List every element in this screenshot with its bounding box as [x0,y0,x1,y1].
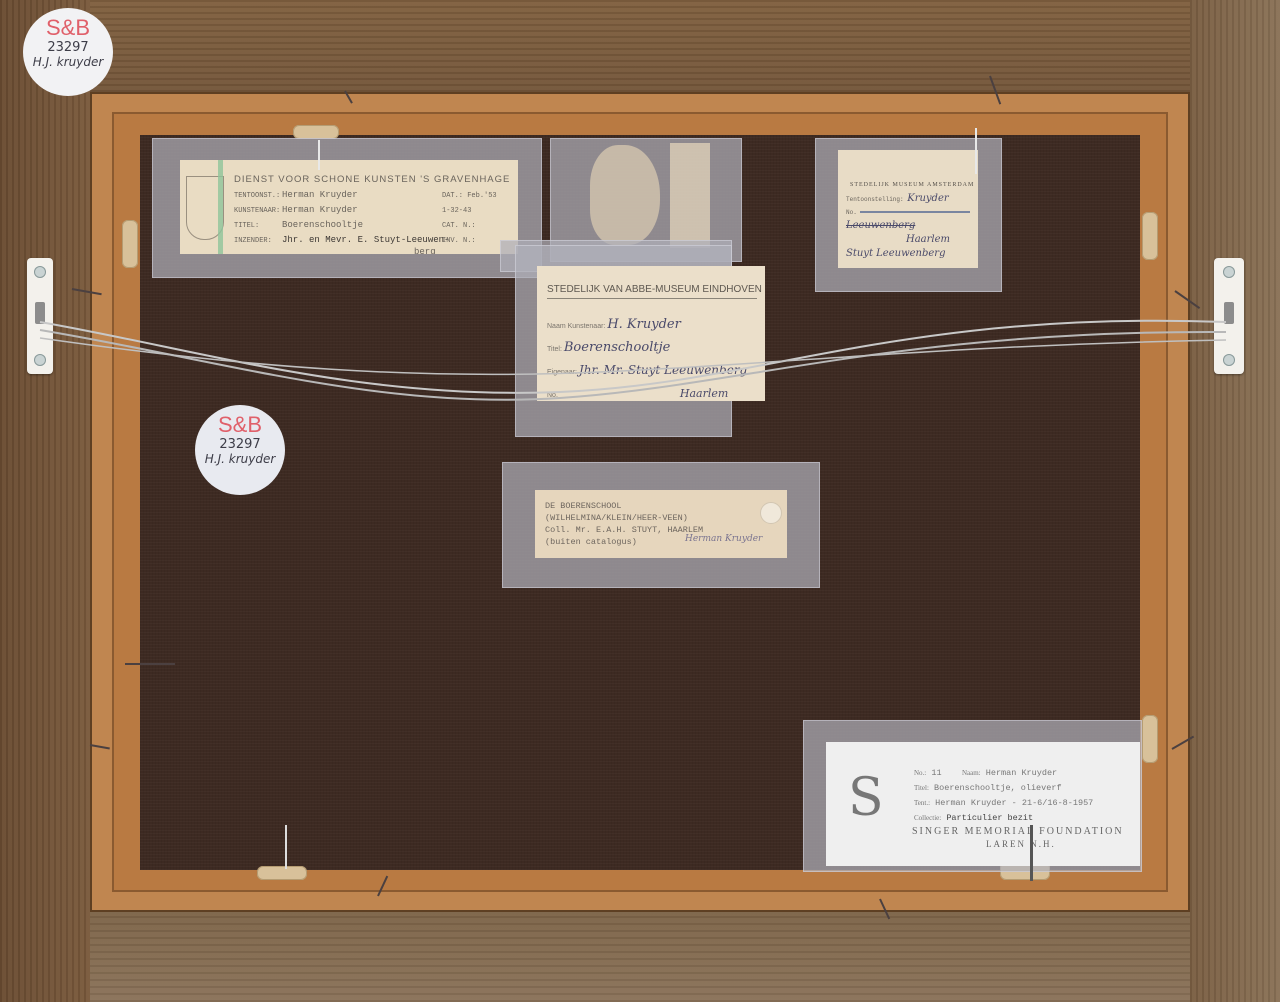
hanging-wire [0,0,1280,1002]
